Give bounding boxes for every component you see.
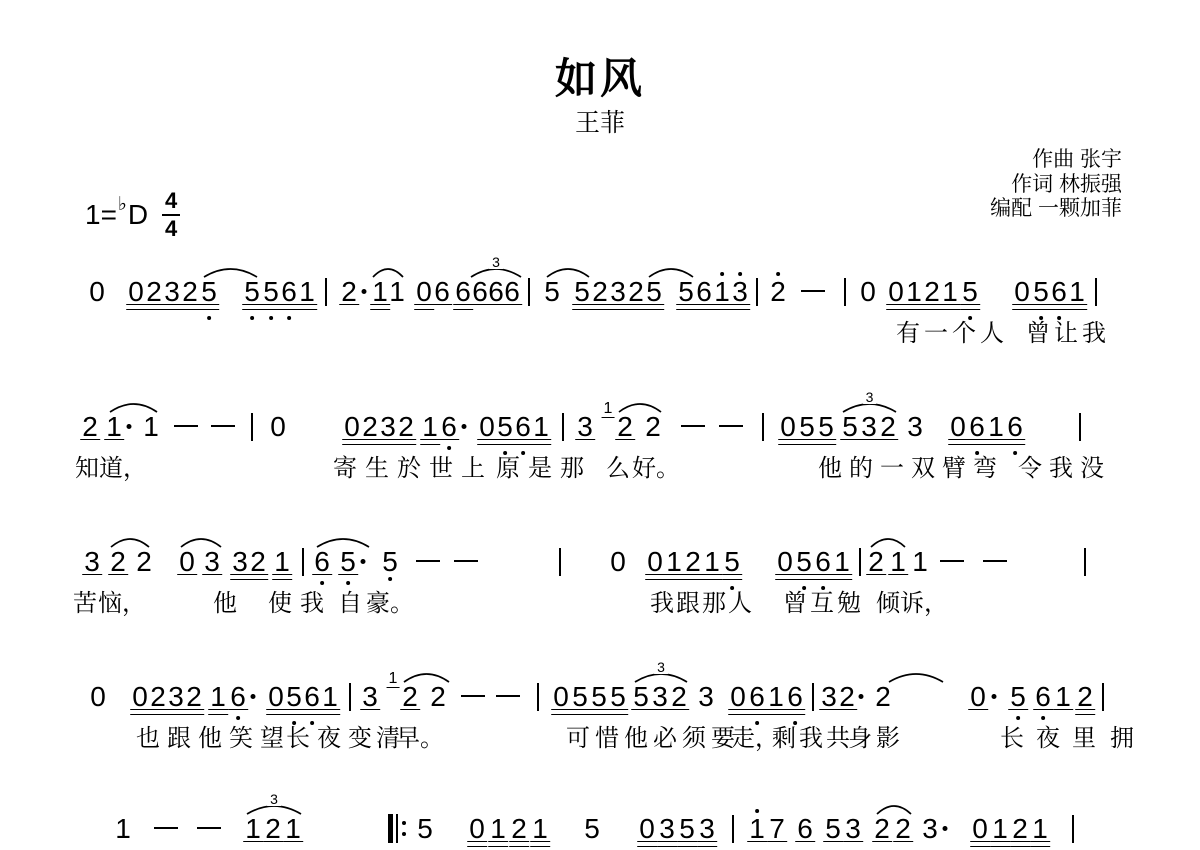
underline [488,846,508,847]
lyric-char: 有 [896,322,920,346]
lyric-char: 望 [260,727,284,751]
underline [104,439,124,440]
underline [312,574,332,575]
note-digit: 5 [286,683,302,711]
underline [570,709,590,710]
triplet-number: 3 [654,660,668,674]
lyric-char: 的 [849,457,873,481]
underline [370,309,390,310]
dash-note [174,425,198,428]
note-digit: 5 [610,683,626,711]
note-digit: 5 [263,278,279,306]
underline [637,841,657,842]
underline [626,309,646,310]
underline [775,579,795,580]
note-digit: 5 [201,278,217,306]
note-digit: 6 [230,683,246,711]
repeat-thin-bar [396,814,398,843]
note-digit: 2 [250,548,266,576]
note-digit: 2 [770,278,786,306]
underline [263,841,283,842]
note-digit: 0 [730,683,746,711]
note-digit: 3 [84,548,100,576]
underline [387,687,400,688]
note-digit: 3 [204,548,220,576]
octave-dot-high [720,272,724,276]
lyric-char: 曾 [1026,322,1050,346]
note-digit: 0 [128,278,144,306]
note-digit: 2 [511,815,527,843]
grace-note: 1 [389,671,398,687]
underline [904,304,924,305]
note-digit: 5 [244,278,260,306]
note-digit: 2 [146,278,162,306]
lyric-char: 一 [924,322,948,346]
underline [495,439,515,440]
underline [439,439,459,440]
slur-arc [109,400,158,413]
lyric-char: 寄 [333,457,357,481]
lyric-char: 也 [136,727,160,751]
slur-arc [372,265,404,278]
underline [794,574,814,575]
underline [722,579,742,580]
note-digit: 1 [143,413,159,441]
underline [608,709,628,710]
note-digit: 0 [970,683,986,711]
underline [626,304,646,305]
underline [360,709,380,710]
note-digit: 1 [1055,683,1071,711]
note-digit: 3 [380,413,396,441]
underline [242,304,262,305]
barline [251,413,253,441]
note-digit: 3 [821,683,837,711]
underline [960,304,980,305]
underline [432,304,452,305]
note-digit: 6 [696,278,712,306]
underline [261,304,281,305]
slur-arc [648,265,694,278]
note-digit: 0 [647,548,663,576]
rhythm-dot [859,694,864,699]
note-digit: 0 [610,548,626,576]
note-digit: 1 [704,548,720,576]
underline [778,444,798,445]
note-digit: 2 [182,278,198,306]
underline [728,714,748,715]
underline [342,439,362,440]
note-digit: 5 [633,683,649,711]
note-digit: 3 [845,815,861,843]
underline [813,574,833,575]
note-digit: 0 [777,548,793,576]
note-digit: 1 [422,413,438,441]
lyric-char: 拥 [1110,727,1134,751]
underline [272,579,292,580]
lyric-char: 笑 [229,727,253,751]
lyric-char: 生 [365,457,389,481]
lyric-char: 於 [397,457,421,481]
underline [1030,841,1050,842]
underline [509,846,529,847]
underline [819,709,839,710]
slur-arc [876,802,912,815]
underline [1010,841,1030,842]
lyric-char: 我 [799,727,823,751]
repeat-dot [402,821,406,825]
note-digit: 3 [732,278,748,306]
octave-dot-low [1016,716,1020,720]
underline [180,304,200,305]
underline [495,444,515,445]
lyric-char: 臂 [942,457,966,481]
barline [349,683,351,711]
lyric-char: 上 [461,457,485,481]
underline [180,309,200,310]
underline [339,304,359,305]
lyric-char: 诉， [900,592,948,616]
underline [766,709,786,710]
underline [279,304,299,305]
underline [775,574,795,575]
note-digit: 1 [942,278,958,306]
note-digit: 0 [950,413,966,441]
underline [1031,304,1051,305]
lyric-char: 里 [1072,727,1096,751]
note-digit: 3 [232,548,248,576]
slur-arc [870,535,906,548]
note-digit: 2 [924,278,940,306]
underline [712,304,732,305]
note-digit: 6 [472,278,488,306]
lyric-char: 须 [682,727,706,751]
underline [922,309,942,310]
repeat-dot [402,832,406,836]
note-digit: 3 [610,278,626,306]
note-digit: 5 [646,278,662,306]
underline [531,439,551,440]
underline [242,309,262,310]
note-digit: 5 [1010,683,1026,711]
underline [797,439,817,440]
octave-dot-low [1041,716,1045,720]
lyric-char: 世 [429,457,453,481]
underline [948,444,968,445]
underline [722,574,742,575]
underline [297,309,317,310]
underline [948,439,968,440]
barline [762,413,764,441]
lyric-char: 跟 [167,727,191,751]
underline [730,309,750,310]
note-digit: 2 [628,278,644,306]
note-digit: 6 [504,278,520,306]
underline [657,841,677,842]
underline [509,841,529,842]
underline [575,439,595,440]
underline [785,709,805,710]
note-digit: 6 [797,815,813,843]
underline [261,309,281,310]
note-digit: 6 [281,278,297,306]
barline [844,278,846,306]
underline [730,304,750,305]
lyric-char: 可 [566,727,590,751]
note-digit: 0 [780,413,796,441]
underline [230,574,250,575]
underline [400,709,420,710]
lyric-char: 自 [338,592,362,616]
octave-dot-low [320,581,324,585]
underline [1005,439,1025,440]
underline [676,304,696,305]
lyric-char: 令 [1018,457,1042,481]
underline [82,574,102,575]
note-digit: 6 [455,278,471,306]
note-digit: 1 [245,815,261,843]
triplet-number: 3 [489,255,503,269]
barline [537,683,539,711]
underline [202,574,222,575]
underline [967,439,987,440]
barline [325,278,327,306]
underline [747,841,767,842]
note-digit: 2 [875,683,891,711]
note-digit: 1 [1069,278,1085,306]
note-digit: 5 [544,278,560,306]
note-digit: 3 [168,683,184,711]
note-digit: 1 [988,413,1004,441]
lyric-char: 影 [876,727,900,751]
underline [645,579,665,580]
note-digit: 1 [749,815,765,843]
underline [177,574,197,575]
lyric-char: 他 [818,457,842,481]
note-digit: 0 [469,815,485,843]
note-digit: 1 [115,815,131,843]
underline [453,309,473,310]
lyric-char: 弯 [973,457,997,481]
note-digit: 2 [362,413,378,441]
rhythm-dot [462,424,467,429]
barline [1102,683,1104,711]
rhythm-dot [251,694,256,699]
lyric-char: 那 [702,592,726,616]
underline [816,444,836,445]
underline [608,309,628,310]
underline [488,841,508,842]
dash-note [496,695,520,698]
underline [162,304,182,305]
slur-arc [546,265,590,278]
underline [683,579,703,580]
note-digit: 5 [678,278,694,306]
note-digit: 2 [430,683,446,711]
underline [208,709,228,710]
note-digit: 1 [372,278,388,306]
underline [872,841,892,842]
barline [1084,548,1086,576]
note-digit: 0 [1014,278,1030,306]
note-digit: 5 [574,278,590,306]
note-digit: 5 [591,683,607,711]
note-digit: 6 [488,278,504,306]
underline [832,574,852,575]
underline [823,841,843,842]
lyric-char: 长 [286,727,310,751]
note-digit: 1 [1032,815,1048,843]
underline [530,846,550,847]
octave-dot-low [310,721,314,725]
note-digit: 6 [314,548,330,576]
underline [551,714,571,715]
note-digit: 0 [860,278,876,306]
underline [960,309,980,310]
underline [513,439,533,440]
rhythm-dot [992,694,997,699]
lyric-char: 人 [980,322,1004,346]
note-digit: 1 [906,278,922,306]
note-digit: 1 [389,278,405,306]
underline [248,579,268,580]
lyric-char: 人 [728,592,752,616]
note-digit: 2 [874,815,890,843]
underline [697,846,717,847]
underline [230,579,250,580]
underline [148,714,168,715]
underline [184,709,204,710]
note-digit: 1 [210,683,226,711]
underline [162,309,182,310]
note-digit: 3 [659,815,675,843]
note-digit: 3 [861,413,877,441]
slur-arc [203,265,258,278]
underline [302,709,322,710]
underline [130,709,150,710]
octave-dot-low [207,316,211,320]
underline [208,714,228,715]
underline [279,309,299,310]
underline [697,841,717,842]
note-digit: 1 [299,278,315,306]
note-digit: 2 [839,683,855,711]
lyric-char: 夜 [1036,727,1060,751]
underline [414,309,434,310]
underline [248,574,268,575]
underline [990,841,1010,842]
underline [266,709,286,710]
note-digit: 1 [490,815,506,843]
note-digit: 3 [922,815,938,843]
underline [144,304,164,305]
note-digit: 0 [639,815,655,843]
underline [608,304,628,305]
note-digit: 2 [1077,683,1093,711]
note-digit: 0 [553,683,569,711]
underline [637,846,657,847]
note-digit: 5 [572,683,588,711]
note-digit: 5 [417,815,433,843]
lyric-char: 么 [606,457,630,481]
note-digit: 6 [1035,683,1051,711]
note-digit: 2 [645,413,661,441]
triplet-number: 3 [863,390,877,404]
underline [284,709,304,710]
underline [747,714,767,715]
octave-dot-low [447,446,451,450]
lyric-char: 让 [1054,322,1078,346]
note-digit: 2 [895,815,911,843]
lyric-char: 夜 [317,727,341,751]
underline [922,304,942,305]
underline [766,714,786,715]
underline [420,439,440,440]
underline [502,304,522,305]
dash-note [461,695,485,698]
underline [477,444,497,445]
lyric-char: 道， [99,457,147,481]
lyric-char: 好。 [632,457,680,481]
barline [1079,413,1081,441]
underline [126,304,146,305]
lyric-char: 没 [1080,457,1104,481]
underline [843,841,863,842]
underline [243,841,263,842]
underline [669,709,689,710]
note-digit: 2 [82,413,98,441]
underline [904,309,924,310]
underline [650,709,670,710]
underline [644,309,664,310]
underline [1067,309,1087,310]
underline [284,714,304,715]
underline [1075,714,1095,715]
underline [886,304,906,305]
underline [199,304,219,305]
score-area: 0023255561211066666552325561320012150561… [0,0,1200,850]
underline [396,439,416,440]
note-digit: 2 [341,278,357,306]
slur-arc [403,670,450,683]
underline [589,714,609,715]
lyric-char: 一 [880,457,904,481]
slur-arc [110,535,150,548]
underline [970,841,990,842]
note-digit: 3 [577,413,593,441]
lyric-char: 早。 [396,727,444,751]
lyric-char: 原 [496,457,520,481]
note-digit: 3 [699,815,715,843]
note-digit: 5 [382,548,398,576]
note-digit: 5 [825,815,841,843]
underline [967,444,987,445]
lyric-char: 苦 [73,592,97,616]
underline [1031,309,1051,310]
lyric-char: 是 [528,457,552,481]
underline [878,439,898,440]
underline [572,309,592,310]
lyric-char: 知 [75,457,99,481]
note-digit: 0 [179,548,195,576]
underline [572,304,592,305]
underline [551,709,571,710]
underline [702,579,722,580]
note-digit: 1 [890,548,906,576]
octave-dot-high [776,272,780,276]
dash-note [197,827,221,830]
note-digit: 5 [1033,278,1049,306]
